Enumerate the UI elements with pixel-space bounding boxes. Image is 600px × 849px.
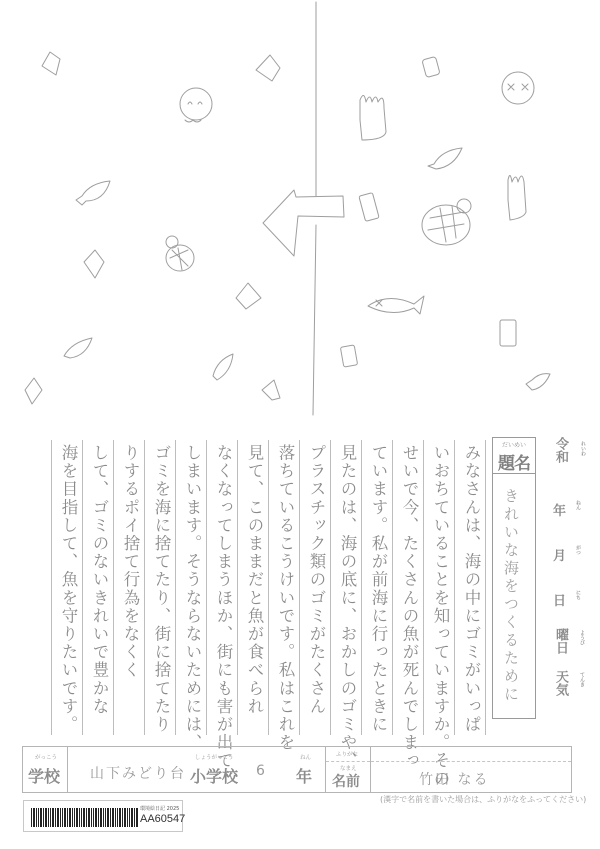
- snack-wrapper-icon: [340, 345, 357, 367]
- snack-wrapper-icon: [500, 320, 516, 346]
- left-arrow-icon: [263, 190, 344, 256]
- essay-column: ています。私が前海に行ったときに: [361, 440, 392, 735]
- essay-column: いおちていることを知っていますか。その: [423, 440, 454, 735]
- essay-column: ゴミを海に捨てたり、街に捨てたり: [144, 440, 175, 735]
- essay-column: 見て、このままだと魚が食べられ: [237, 440, 268, 735]
- sparkle-icon: [262, 380, 280, 400]
- essay-column: プラスチック類のゴミがたくさん: [299, 440, 330, 735]
- title-label-cell: だいめい 題名: [493, 438, 535, 474]
- dead-fish-icon: [368, 296, 424, 314]
- barcode-id: AA60547: [140, 813, 185, 825]
- sparkle-icon: [84, 250, 104, 278]
- fish-icon: [213, 354, 233, 380]
- fish-icon: [64, 338, 92, 358]
- smiling-jellyfish-icon: [180, 88, 212, 122]
- school-name-value: 山下みどり台: [90, 763, 186, 783]
- weather-label: 天気 てんき: [553, 670, 567, 700]
- essay-column: して、ゴミのないきれいで豊かな: [82, 440, 113, 735]
- dead-jellyfish-icon: [502, 72, 534, 104]
- title-ruby: だいめい: [493, 440, 535, 449]
- essay-column: なくなってしまうほか、街にも害が出て: [206, 440, 237, 735]
- plastic-bag-icon: [508, 175, 526, 220]
- plastic-bag-icon: [360, 95, 386, 140]
- title-value: きれいな海をつくるために: [501, 488, 522, 704]
- turtle-icon: [166, 236, 194, 271]
- school-label-cell: がっこう 学校: [23, 747, 68, 792]
- snack-wrapper-icon: [359, 193, 379, 222]
- era-label: 令和 れいわ: [553, 437, 567, 467]
- furigana-divider: [371, 761, 571, 762]
- furigana-divider: [326, 761, 370, 762]
- fish-icon: [428, 148, 462, 169]
- barcode-icon: [31, 808, 139, 827]
- illustration-area: [0, 0, 600, 430]
- fish-icon: [526, 374, 550, 390]
- essay-area: みなさんは、海の中にゴミがいっぱ いおちていることを知っていますか。その せいで…: [30, 440, 490, 740]
- sparkle-icon: [236, 283, 261, 309]
- dead-turtle-icon: [422, 199, 471, 245]
- snack-wrapper-icon: [422, 56, 440, 77]
- year-label: 年 ねん: [553, 500, 566, 519]
- essay-column: 見たのは、海の底に、おかしのゴミや、: [330, 440, 361, 735]
- essay-column: りするポイ捨て行為をなくく: [113, 440, 144, 735]
- barcode-caption: 環境絵日記 2025: [140, 805, 179, 812]
- barcode-label: 環境絵日記 2025 AA60547: [23, 800, 183, 832]
- title-box: だいめい 題名 きれいな海をつくるために: [492, 437, 536, 719]
- student-info-row: がっこう 学校 山下みどり台 しょうがっこう 小学校 6 ねん 年 ふりがな な…: [22, 746, 572, 793]
- sparkle-icon: [25, 378, 42, 404]
- essay-column: せいで今、たくさんの魚が死んでしまっ: [392, 440, 423, 735]
- essay-column: 落ちているこうけいです。私はこれを: [268, 440, 299, 735]
- furigana-note: (漢字で名前を書いた場合は、ふりがなをふってください): [380, 794, 586, 805]
- sparkle-icon: [256, 55, 280, 81]
- fish-icon: [76, 181, 110, 205]
- grade-value: 6: [256, 763, 267, 779]
- title-label: 題名: [493, 449, 535, 474]
- weekday-label: 曜日 ようび: [553, 628, 567, 658]
- sparkle-icon: [42, 52, 60, 75]
- column-rule: [485, 440, 486, 735]
- name-value-cell[interactable]: 竹田 なる: [371, 747, 571, 792]
- essay-column: 海を目指して、魚を守りたいです。: [51, 440, 82, 735]
- essay-column: みなさんは、海の中にゴミがいっぱ: [454, 440, 485, 735]
- student-name-value: 竹田 なる: [419, 769, 489, 789]
- essay-column: しまいます。そうならないためには、: [175, 440, 206, 735]
- day-label: 日 にち: [553, 590, 566, 609]
- school-value-cell[interactable]: 山下みどり台 しょうがっこう 小学校 6 ねん 年: [68, 747, 326, 792]
- month-label: 月 がつ: [553, 545, 566, 564]
- name-label-cell: ふりがな なまえ 名前: [326, 747, 371, 792]
